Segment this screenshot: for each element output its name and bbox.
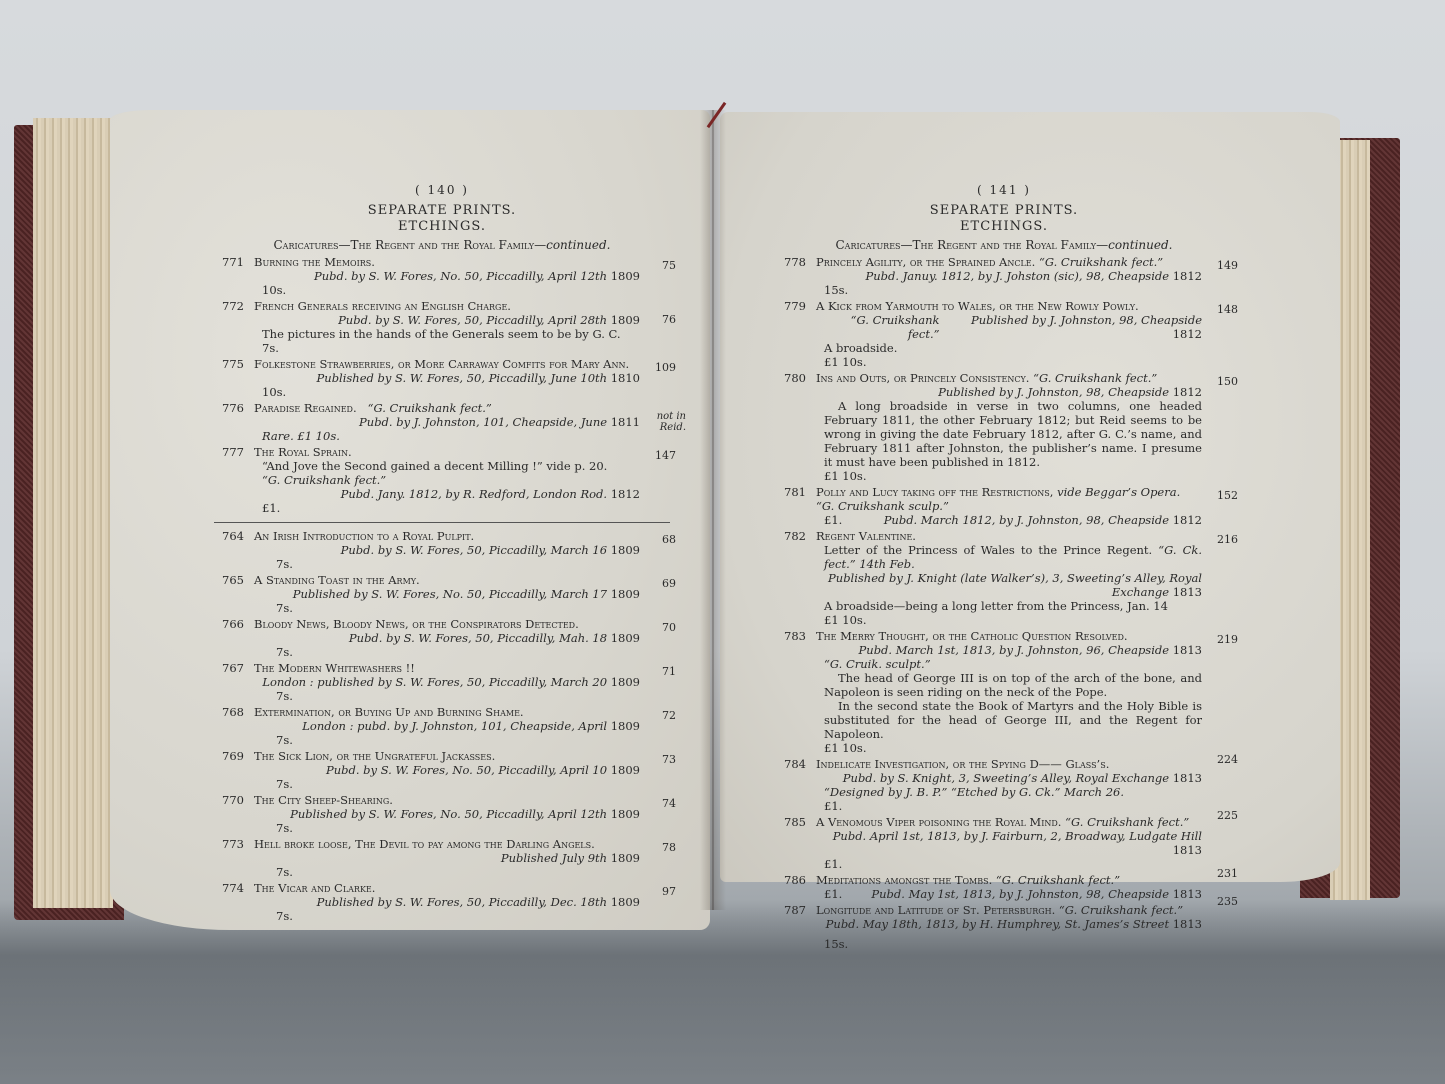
catalogue-entry: 775 109 Folkestone Strawberries, or More… xyxy=(222,357,662,399)
left-page-content: ( 140 ) SEPARATE PRINTS. ETCHINGS. Caric… xyxy=(222,183,662,925)
page-number: ( 140 ) xyxy=(222,183,662,197)
catalogue-entry: 772 76 French Generals receiving an Engl… xyxy=(222,299,662,355)
catalogue-entry: 77378Hell broke loose, The Devil to pay … xyxy=(222,837,662,879)
page-subheading: ETCHINGS. xyxy=(784,219,1224,235)
book-gutter xyxy=(700,110,726,910)
catalogue-entry: 780 150 Ins and Outs, or Princely Consis… xyxy=(784,371,1224,483)
catalogue-entry: 76771The Modern Whitewashers !!London : … xyxy=(222,661,662,703)
page-number: ( 141 ) xyxy=(784,183,1224,197)
page-heading: SEPARATE PRINTS. xyxy=(784,203,1224,219)
left-bottom-entries: 76468An Irish Introduction to a Royal Pu… xyxy=(222,529,662,923)
catalogue-entry: 76973The Sick Lion, or the Ungrateful Ja… xyxy=(222,749,662,791)
catalogue-entry: 785 225 A Venomous Viper poisoning the R… xyxy=(784,815,1224,871)
section-heading: Caricatures—The Regent and the Royal Fam… xyxy=(784,238,1224,252)
catalogue-entry: 76872Extermination, or Buying Up and Bur… xyxy=(222,705,662,747)
catalogue-entry: 784 224 Indelicate Investigation, or the… xyxy=(784,757,1224,813)
page-subheading: ETCHINGS. xyxy=(222,219,662,235)
catalogue-entry: 771 75 Burning the Memoirs. Pubd. by S. … xyxy=(222,255,662,297)
page-heading: SEPARATE PRINTS. xyxy=(222,203,662,219)
catalogue-entry: 77074The City Sheep-Shearing.Published b… xyxy=(222,793,662,835)
catalogue-entry: 778 149 Princely Agility, or the Spraine… xyxy=(784,255,1224,297)
page-edges-left xyxy=(33,118,113,908)
catalogue-entry: 76670Bloody News, Bloody News, or the Co… xyxy=(222,617,662,659)
catalogue-entry: 779 148 A Kick from Yarmouth to Wales, o… xyxy=(784,299,1224,369)
catalogue-entry: 781 152 Polly and Lucy taking off the Re… xyxy=(784,485,1224,527)
catalogue-entry: 787 235 Longitude and Latitude of St. Pe… xyxy=(784,903,1224,951)
section-heading: Caricatures—The Regent and the Royal Fam… xyxy=(222,238,662,252)
catalogue-entry: 777 147 The Royal Sprain. “And Jove the … xyxy=(222,445,662,515)
catalogue-entry: 77497The Vicar and Clarke.Published by S… xyxy=(222,881,662,923)
right-page-content: ( 141 ) SEPARATE PRINTS. ETCHINGS. Caric… xyxy=(784,183,1224,953)
catalogue-entry: 776 not in Reid. Paradise Regained. “G. … xyxy=(222,401,662,443)
catalogue-entry: 783 219 The Merry Thought, or the Cathol… xyxy=(784,629,1224,755)
catalogue-entry: 76468An Irish Introduction to a Royal Pu… xyxy=(222,529,662,571)
catalogue-entry: 782 216 Regent Valentine. Letter of the … xyxy=(784,529,1224,627)
catalogue-entry: 76569A Standing Toast in the Army.Publis… xyxy=(222,573,662,615)
section-divider xyxy=(214,522,670,523)
catalogue-entry: 786 231 Meditations amongst the Tombs. “… xyxy=(784,873,1224,901)
